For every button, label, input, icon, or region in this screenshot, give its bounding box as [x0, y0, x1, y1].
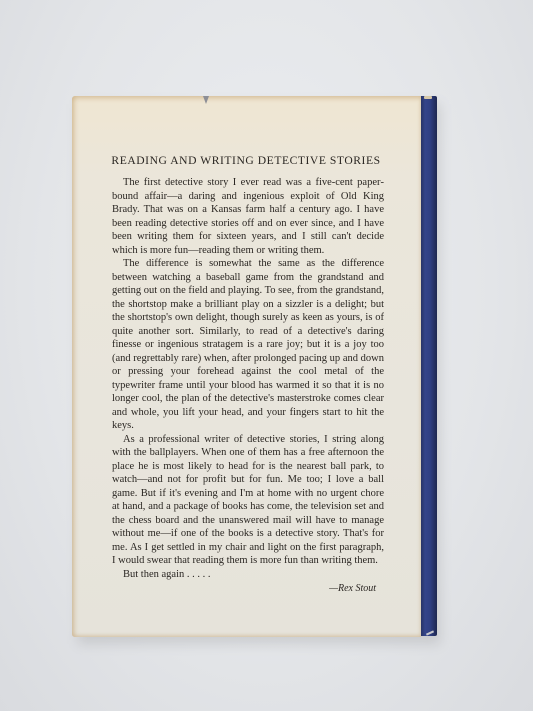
paragraph: The difference is somewhat the same as t… — [112, 257, 384, 433]
blurb: READING AND WRITING DETECTIVE STORIES Th… — [112, 154, 384, 594]
author-signature: —Rex Stout — [112, 583, 376, 594]
book-spine — [420, 96, 437, 636]
paragraph: The first detective story I ever read wa… — [112, 176, 384, 257]
blurb-title: READING AND WRITING DETECTIVE STORIES — [108, 154, 384, 167]
cover-nick — [203, 96, 209, 104]
back-cover: READING AND WRITING DETECTIVE STORIES Th… — [72, 96, 421, 637]
closing-line: But then again . . . . . — [112, 568, 384, 582]
paragraph: As a professional writer of detective st… — [112, 433, 384, 568]
spine-wear-bottom — [426, 630, 434, 635]
spine-wear-top — [424, 96, 432, 99]
